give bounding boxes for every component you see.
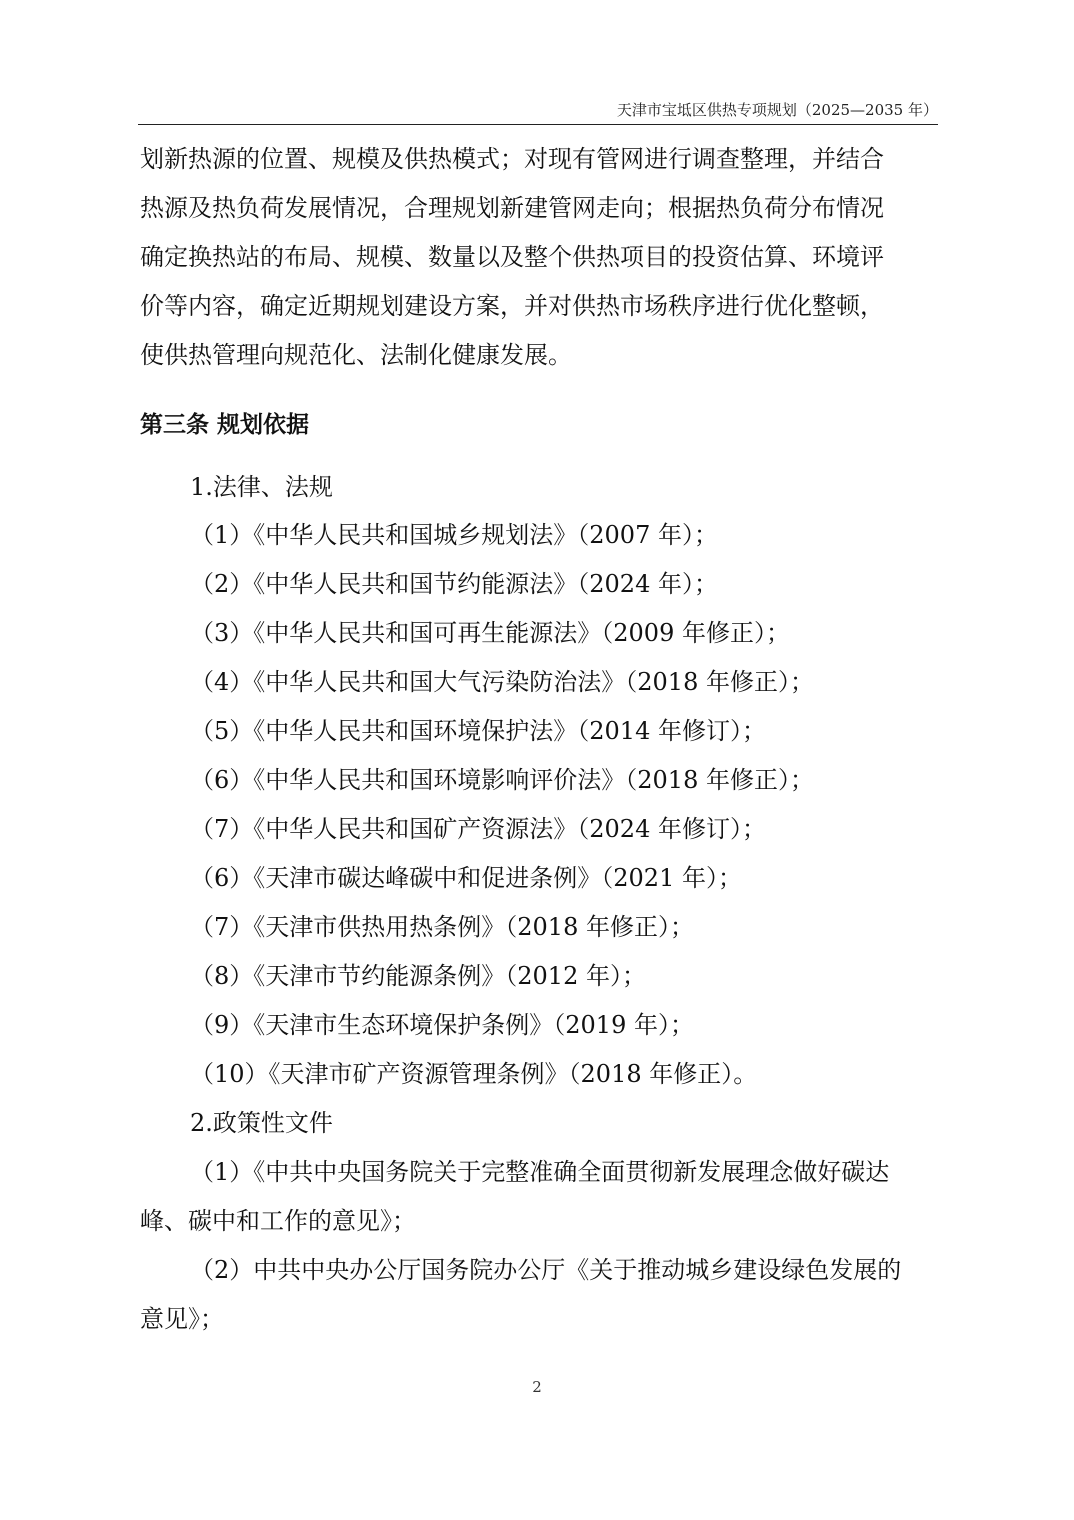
list-title: 1.法律、法规 [190,472,333,502]
paragraph-line: 使供热管理向规范化、法制化健康发展。 [140,340,572,370]
list-item: （5）《中华人民共和国环境保护法》（2014 年修订）； [190,716,766,746]
list-item-continuation: 意见》； [140,1304,224,1334]
list-item: （4）《中华人民共和国大气污染防治法》（2018 年修正）； [190,667,814,697]
paragraph-line: 划新热源的位置、规模及供热模式；对现有管网进行调查整理，并结合 [140,144,884,174]
page-number: 2 [0,1378,1074,1396]
section-heading: 第三条 规划依据 [140,410,309,440]
paragraph-line: 热源及热负荷发展情况，合理规划新建管网走向；根据热负荷分布情况 [140,193,884,223]
list-item: （6）《中华人民共和国环境影响评价法》（2018 年修正）； [190,765,814,795]
list-item: （2）《中华人民共和国节约能源法》（2024 年）； [190,569,718,599]
list-item: （2）中共中央办公厅国务院办公厅《关于推动城乡建设绿色发展的 [190,1255,901,1285]
paragraph-line: 确定换热站的布局、规模、数量以及整个供热项目的投资估算、环境评 [140,242,884,272]
paragraph-line: 价等内容，确定近期规划建设方案，并对供热市场秩序进行优化整顿， [140,291,884,321]
list-title: 2.政策性文件 [190,1108,333,1138]
list-item: （3）《中华人民共和国可再生能源法》（2009 年修正）； [190,618,790,648]
list-item: （10）《天津市矿产资源管理条例》（2018 年修正）。 [190,1059,757,1089]
list-item: （1）《中共中央国务院关于完整准确全面贯彻新发展理念做好碳达 [190,1157,889,1187]
list-item-continuation: 峰、碳中和工作的意见》； [140,1206,416,1236]
list-item: （9）《天津市生态环境保护条例》（2019 年）； [190,1010,694,1040]
list-item: （7）《天津市供热用热条例》（2018 年修正）； [190,912,694,942]
list-item: （7）《中华人民共和国矿产资源法》（2024 年修订）； [190,814,766,844]
list-item: （1）《中华人民共和国城乡规划法》（2007 年）； [190,520,718,550]
list-item: （6）《天津市碳达峰碳中和促进条例》（2021 年）； [190,863,742,893]
document-title: 天津市宝坻区供热专项规划（2025—2035 年） [617,101,938,119]
list-item: （8）《天津市节约能源条例》（2012 年）； [190,961,646,991]
running-header: 天津市宝坻区供热专项规划（2025—2035 年） [138,100,938,125]
